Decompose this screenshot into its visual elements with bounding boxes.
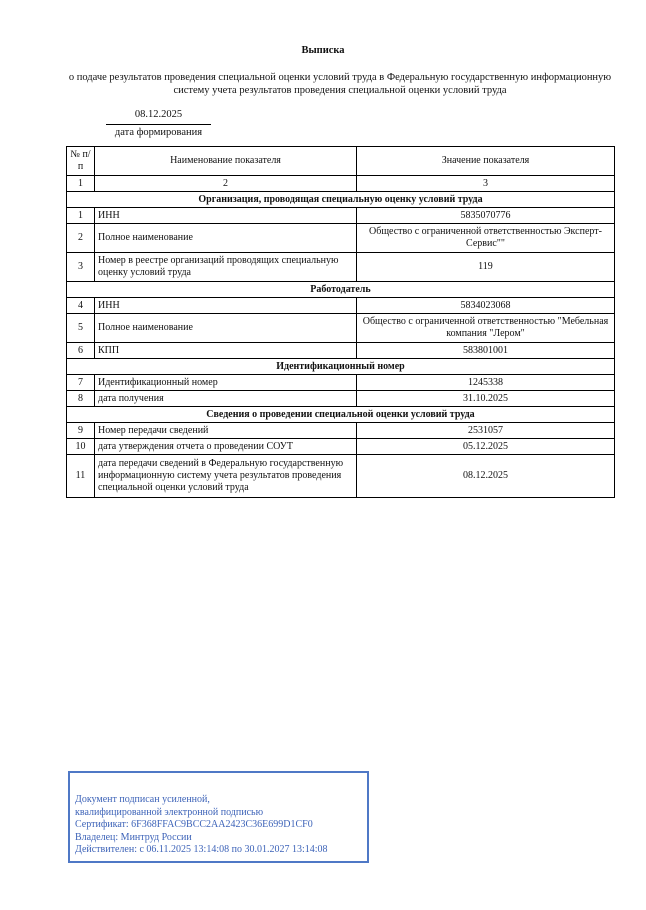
row-value: 31.10.2025	[357, 391, 615, 407]
signature-owner: Владелец: Минтруд России	[75, 832, 367, 845]
column-numbers-row: 1 2 3	[67, 176, 615, 192]
section-title: Идентификационный номер	[67, 359, 615, 375]
row-value: 05.12.2025	[357, 439, 615, 455]
section-title: Работодатель	[67, 282, 615, 298]
table-row: 6 КПП 583801001	[67, 343, 615, 359]
row-value: 5835070776	[357, 208, 615, 224]
row-value: 08.12.2025	[357, 455, 615, 498]
row-value: 583801001	[357, 343, 615, 359]
table-row: 5 Полное наименование Общество с огранич…	[67, 314, 615, 343]
row-name: ИНН	[95, 208, 357, 224]
row-name: дата утверждения отчета о проведении СОУ…	[95, 439, 357, 455]
table-row: 9 Номер передачи сведений 2531057	[67, 423, 615, 439]
statement-table: № п/п Наименование показателя Значение п…	[66, 146, 615, 498]
column-number-1: 1	[67, 176, 95, 192]
row-name: дата получения	[95, 391, 357, 407]
row-name: Идентификационный номер	[95, 375, 357, 391]
row-num: 5	[67, 314, 95, 343]
table-row: 1 ИНН 5835070776	[67, 208, 615, 224]
row-num: 6	[67, 343, 95, 359]
row-num: 11	[67, 455, 95, 498]
row-name: Полное наименование	[95, 314, 357, 343]
row-name: дата передачи сведений в Федеральную гос…	[95, 455, 357, 498]
section-title: Организация, проводящая специальную оцен…	[67, 192, 615, 208]
row-num: 3	[67, 253, 95, 282]
signature-line-1: Документ подписан усиленной,	[75, 794, 367, 807]
row-name: КПП	[95, 343, 357, 359]
signature-validity: Действителен: с 06.11.2025 13:14:08 по 3…	[75, 844, 367, 857]
row-name: Полное наименование	[95, 224, 357, 253]
header-name: Наименование показателя	[95, 147, 357, 176]
section-row: Идентификационный номер	[67, 359, 615, 375]
table-row: 10 дата утверждения отчета о проведении …	[67, 439, 615, 455]
row-name: Номер в реестре организаций проводящих с…	[95, 253, 357, 282]
formation-date-caption: дата формирования	[106, 125, 211, 138]
header-num: № п/п	[67, 147, 95, 176]
row-value: 5834023068	[357, 298, 615, 314]
row-value: 1245338	[357, 375, 615, 391]
row-name: ИНН	[95, 298, 357, 314]
row-value: Общество с ограниченной ответственностью…	[357, 314, 615, 343]
column-number-3: 3	[357, 176, 615, 192]
table-row: 11 дата передачи сведений в Федеральную …	[67, 455, 615, 498]
header-value: Значение показателя	[357, 147, 615, 176]
signature-line-2: квалифицированной электронной подписью	[75, 807, 367, 820]
section-row: Работодатель	[67, 282, 615, 298]
row-value: Общество с ограниченной ответственностью…	[357, 224, 615, 253]
row-num: 2	[67, 224, 95, 253]
row-num: 1	[67, 208, 95, 224]
table-row: 3 Номер в реестре организаций проводящих…	[67, 253, 615, 282]
electronic-signature-stamp: Документ подписан усиленной, квалифициро…	[68, 771, 369, 863]
table-row: 2 Полное наименование Общество с огранич…	[67, 224, 615, 253]
table-header-row: № п/п Наименование показателя Значение п…	[67, 147, 615, 176]
table-row: 8 дата получения 31.10.2025	[67, 391, 615, 407]
row-num: 7	[67, 375, 95, 391]
table-row: 4 ИНН 5834023068	[67, 298, 615, 314]
row-num: 4	[67, 298, 95, 314]
document-title: Выписка	[0, 45, 646, 56]
row-value: 119	[357, 253, 615, 282]
section-row: Сведения о проведении специальной оценки…	[67, 407, 615, 423]
formation-date-block: 08.12.2025 дата формирования	[106, 109, 211, 138]
section-title: Сведения о проведении специальной оценки…	[67, 407, 615, 423]
document-subtitle: о подаче результатов проведения специаль…	[66, 71, 614, 97]
table-row: 7 Идентификационный номер 1245338	[67, 375, 615, 391]
row-num: 9	[67, 423, 95, 439]
signature-certificate: Сертификат: 6F368FFAC9BCC2AA2423C36E699D…	[75, 819, 367, 832]
row-num: 10	[67, 439, 95, 455]
row-name: Номер передачи сведений	[95, 423, 357, 439]
section-row: Организация, проводящая специальную оцен…	[67, 192, 615, 208]
row-value: 2531057	[357, 423, 615, 439]
formation-date: 08.12.2025	[106, 109, 211, 125]
row-num: 8	[67, 391, 95, 407]
column-number-2: 2	[95, 176, 357, 192]
